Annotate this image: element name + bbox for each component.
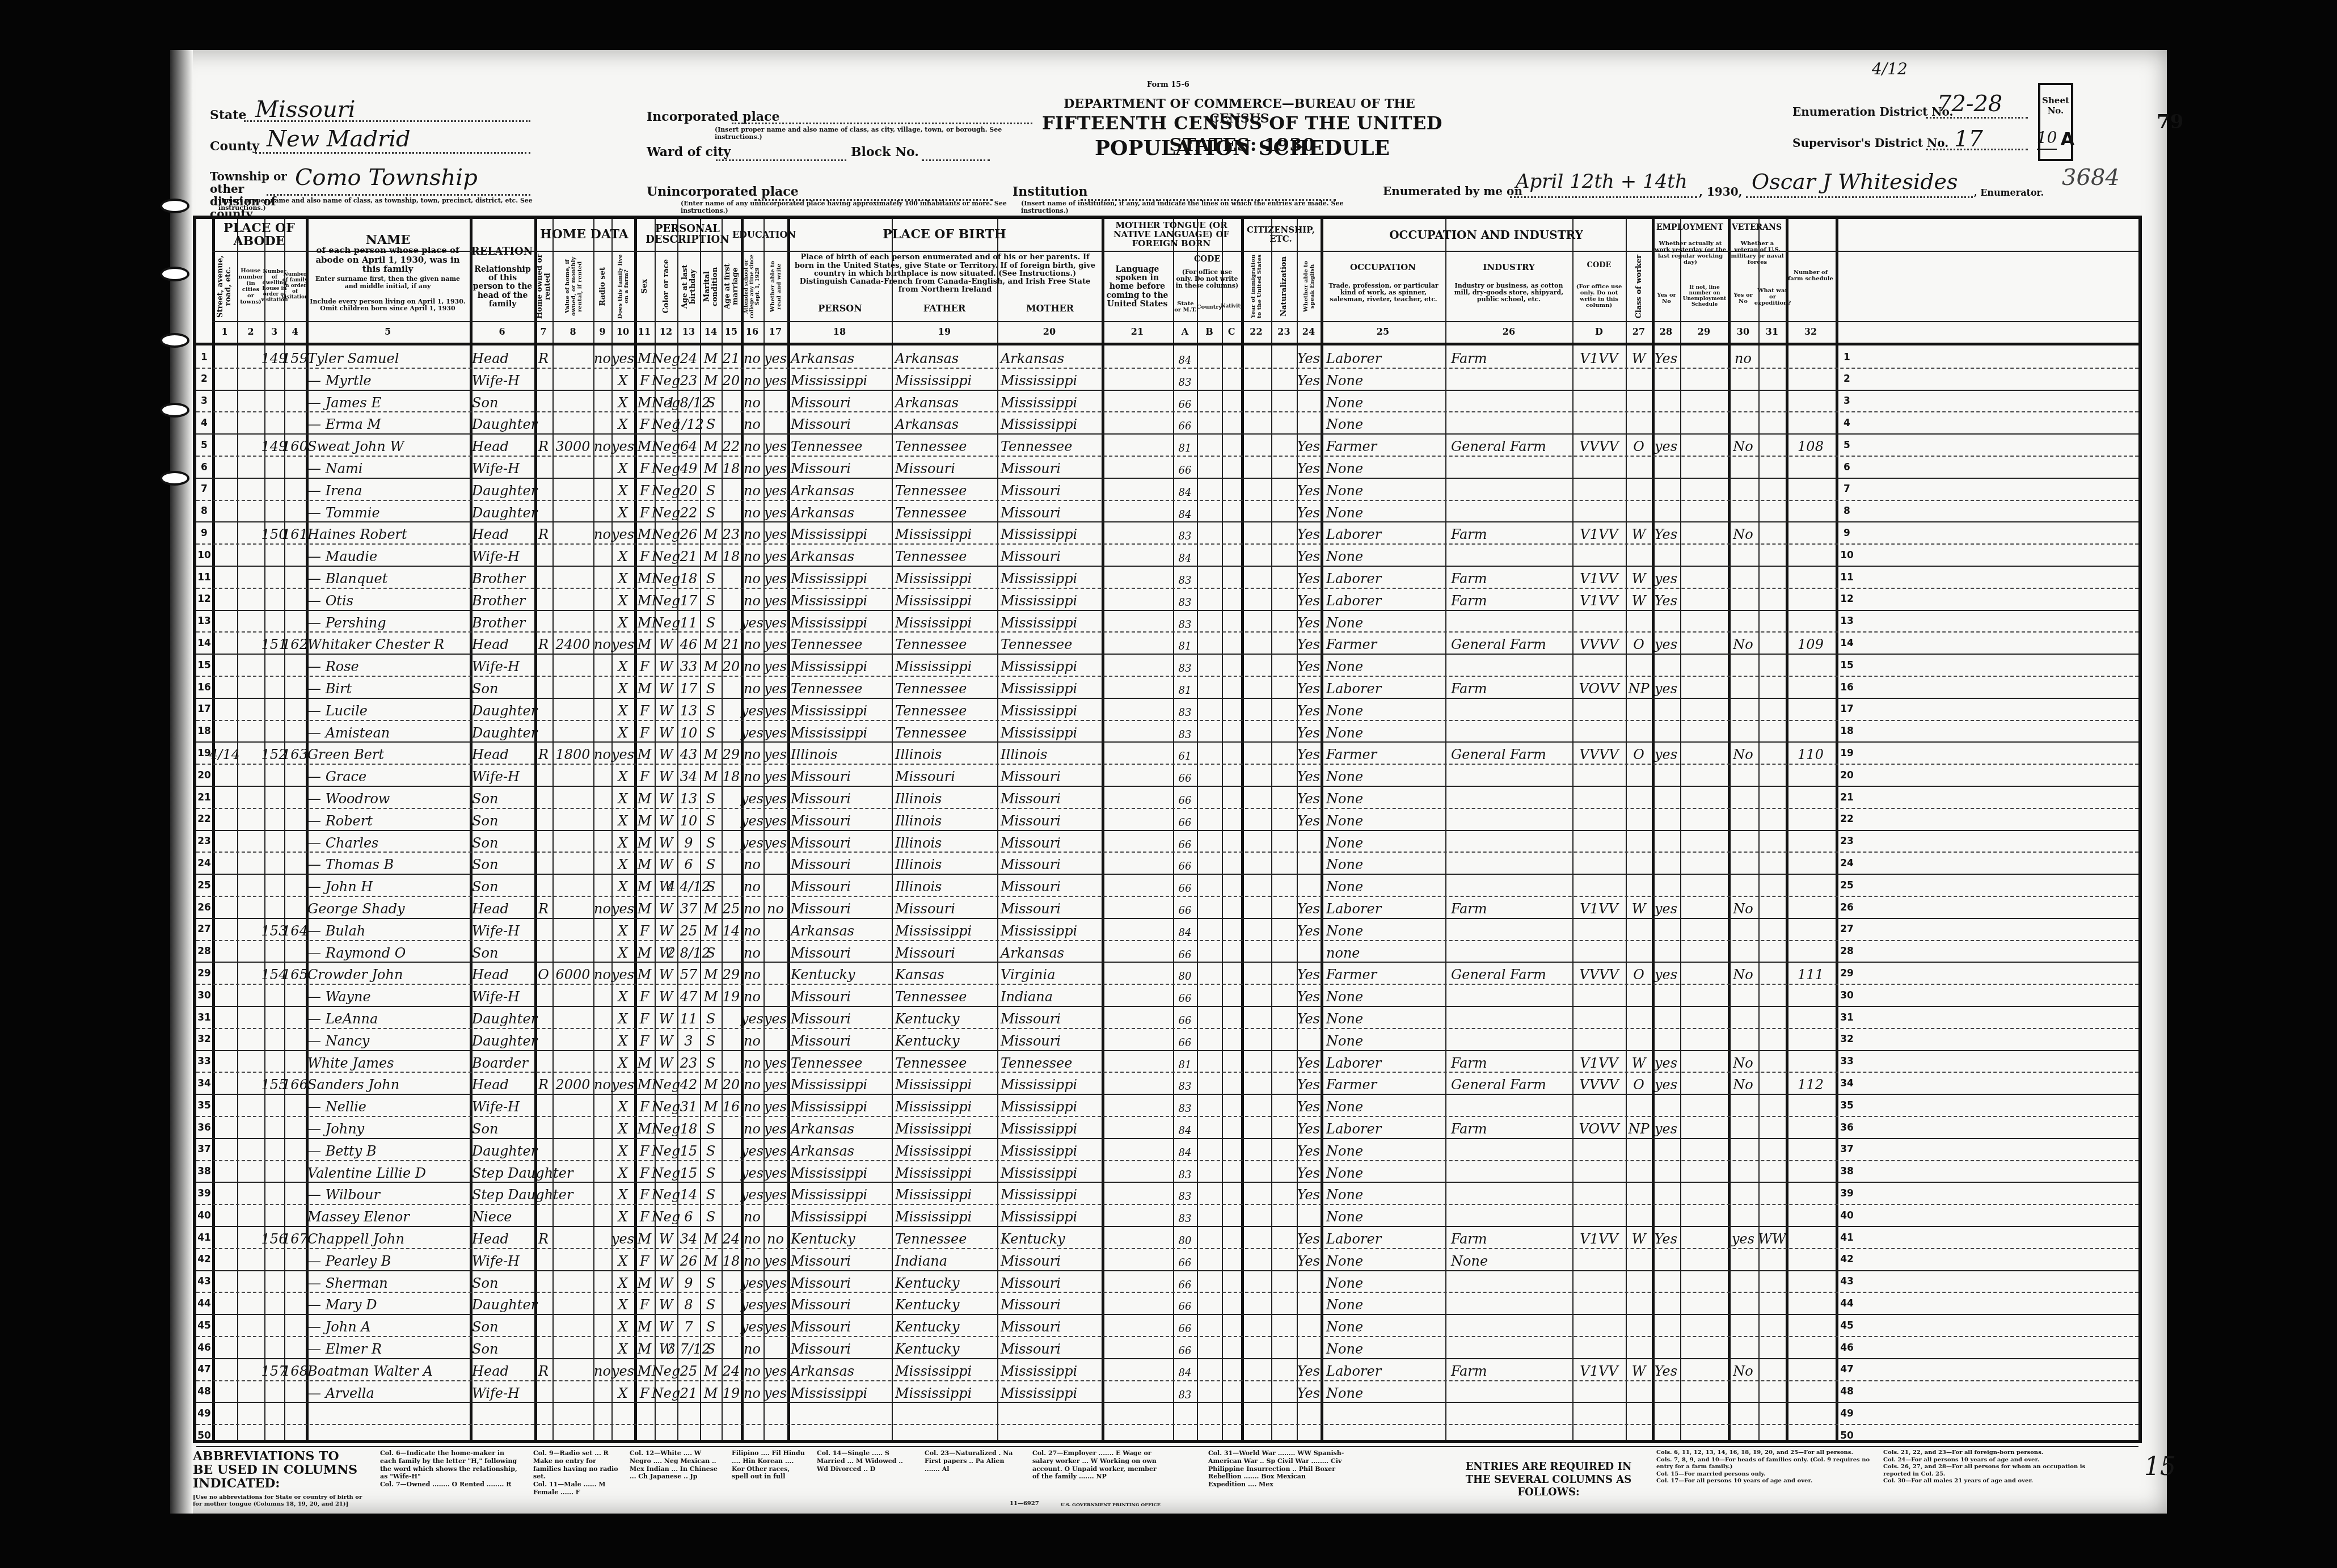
cell-owned: R — [534, 1072, 552, 1094]
cell-age: 49 — [677, 456, 700, 478]
cell-dwelling — [264, 1182, 284, 1204]
state-value: Missouri — [244, 96, 356, 123]
page-stamp: 79 — [2157, 111, 2183, 133]
cell-english: Yes — [1297, 588, 1321, 610]
cell-vet-war — [1758, 632, 1786, 654]
cell-race: W — [655, 896, 677, 918]
cell-street — [212, 1292, 237, 1314]
cell-pob: Arkansas — [791, 544, 892, 566]
cell-vet-war — [1758, 1402, 1786, 1424]
cell-family: 168 — [284, 1359, 306, 1381]
cell-industry — [1451, 390, 1572, 412]
cell-street — [212, 1182, 237, 1204]
cell-sex: M — [634, 962, 655, 984]
cell-relation: Daughter — [472, 1139, 534, 1161]
cell-marital: M — [700, 456, 722, 478]
cell-vet-war — [1758, 478, 1786, 500]
cell-veteran: No — [1728, 1072, 1758, 1094]
cell-industry — [1451, 368, 1572, 390]
cell-marital: M — [700, 346, 722, 368]
cell-name: — Birt — [307, 676, 470, 698]
cell-industry — [1451, 1381, 1572, 1403]
cell-farm-sched — [1786, 1006, 1836, 1029]
cell-radio — [593, 676, 611, 698]
cell-farm: X — [611, 1292, 634, 1314]
cell-relation: Son — [472, 831, 534, 853]
cell-age-marr — [722, 698, 741, 720]
cell-farm: X — [611, 500, 634, 522]
cell-read: yes — [763, 500, 787, 522]
cell-pob — [791, 1424, 892, 1447]
cell-value — [552, 500, 593, 522]
cell-code-a: 84 — [1173, 1359, 1197, 1381]
cell-code-a: 84 — [1173, 918, 1197, 941]
colnum: 30 — [1728, 321, 1758, 342]
cell-dwelling — [264, 390, 284, 412]
cell-fpob: Indiana — [895, 1249, 997, 1271]
cell-age: 15 — [677, 1139, 700, 1161]
cell-race: Neg — [655, 1072, 677, 1094]
cell-relation: Head — [472, 1072, 534, 1094]
cell-occ-code — [1572, 1029, 1626, 1051]
cell-line-right: 21 — [1836, 786, 1858, 808]
cell-family — [284, 1139, 306, 1161]
cell-dwelling — [264, 1249, 284, 1271]
cell-radio — [593, 1051, 611, 1073]
table-row: 40Massey ElenorNieceXFNeg6SnoMississippi… — [196, 1204, 2138, 1226]
cell-line: 9 — [196, 522, 212, 544]
cell-veteran — [1728, 390, 1758, 412]
cell-english: Yes — [1297, 984, 1321, 1006]
cell-vet-war — [1758, 434, 1786, 456]
cell-marital: M — [700, 1359, 722, 1381]
cell-class — [1626, 1337, 1652, 1359]
cell-farm: X — [611, 654, 634, 676]
cell-street — [212, 346, 237, 368]
cell-veteran — [1728, 500, 1758, 522]
cell-occupation: None — [1326, 1094, 1445, 1116]
cell-school: yes — [741, 786, 763, 808]
cell-line-right: 7 — [1836, 478, 1858, 500]
cell-value — [552, 1249, 593, 1271]
cell-veteran: No — [1728, 742, 1758, 764]
table-row: 39— WilbourStep DaughterXFNeg14SyesyesMi… — [196, 1182, 2138, 1204]
cell-veteran — [1728, 566, 1758, 588]
cell-mpob: Mississippi — [1001, 1182, 1102, 1204]
cell-name — [307, 1402, 470, 1424]
cell-dwelling — [264, 896, 284, 918]
cell-line: 11 — [196, 566, 212, 588]
cell-mpob: Mississippi — [1001, 1161, 1102, 1183]
cell-street — [212, 676, 237, 698]
group-mother-tongue: MOTHER TONGUE (OR NATIVE LANGUAGE) OF FO… — [1103, 219, 1240, 251]
cell-employed: yes — [1652, 632, 1680, 654]
emp-line-head: If not, line number on Unemployment Sche… — [1681, 276, 1728, 318]
cell-school: no — [741, 1249, 763, 1271]
cell-owned — [534, 588, 552, 610]
cell-race: W — [655, 654, 677, 676]
cell-age-marr — [722, 1271, 741, 1293]
cell-line-right: 14 — [1836, 632, 1858, 654]
cell-name: — Nami — [307, 456, 470, 478]
cell-age: 10 — [677, 808, 700, 831]
colnum: 6 — [470, 321, 534, 342]
cell-value — [552, 522, 593, 544]
cell-marital: S — [700, 1029, 722, 1051]
group-veterans: VETERANS — [1729, 219, 1785, 236]
cell-line: 8 — [196, 500, 212, 522]
cell-school: yes — [741, 720, 763, 743]
cell-school: no — [741, 566, 763, 588]
cell-race: Neg — [655, 1381, 677, 1403]
cell-english: Yes — [1297, 720, 1321, 743]
cell-age-marr — [722, 1314, 741, 1337]
cell-read — [763, 412, 787, 434]
cell-occ-code: V1VV — [1572, 588, 1626, 610]
cell-age: 37 — [677, 896, 700, 918]
cell-occupation: None — [1326, 1337, 1445, 1359]
sd-value: 17 — [1926, 126, 1983, 152]
cell-radio — [593, 1006, 611, 1029]
cell-marital: S — [700, 1116, 722, 1139]
cell-value: 2400 — [552, 632, 593, 654]
cell-employed: yes — [1652, 962, 1680, 984]
cell-occupation: None — [1326, 1271, 1445, 1293]
cell-vet-war — [1758, 764, 1786, 786]
cell-mpob: Missouri — [1001, 478, 1102, 500]
cell-vet-war — [1758, 1139, 1786, 1161]
cell-farm-sched — [1786, 1204, 1836, 1226]
cell-race — [655, 1402, 677, 1424]
cell-age-marr — [722, 1182, 741, 1204]
cell-marital: S — [700, 786, 722, 808]
cell-line: 21 — [196, 786, 212, 808]
cell-class: W — [1626, 588, 1652, 610]
cell-dwelling: 154 — [264, 962, 284, 984]
cell-age-marr: 21 — [722, 632, 741, 654]
cell-veteran — [1728, 852, 1758, 874]
cell-pob: Mississippi — [791, 566, 892, 588]
cell-fpob: Tennessee — [895, 434, 997, 456]
cell-owned — [534, 1006, 552, 1029]
cell-industry — [1451, 1337, 1572, 1359]
cell-farm: X — [611, 1006, 634, 1029]
cell-pob: Missouri — [791, 1006, 892, 1029]
cell-owned: R — [534, 434, 552, 456]
cell-marital: S — [700, 831, 722, 853]
cell-radio — [593, 1402, 611, 1424]
cell-family — [284, 1204, 306, 1226]
cell-sex: F — [634, 1249, 655, 1271]
cell-occupation — [1326, 1402, 1445, 1424]
cell-age-marr: 24 — [722, 1359, 741, 1381]
cell-radio — [593, 918, 611, 941]
cell-class — [1626, 1424, 1652, 1447]
cell-name: — Nellie — [307, 1094, 470, 1116]
cell-industry — [1451, 1314, 1572, 1337]
cell-occupation: Farmer — [1326, 962, 1445, 984]
cell-class — [1626, 1094, 1652, 1116]
cell-family — [284, 1249, 306, 1271]
cell-veteran — [1728, 1292, 1758, 1314]
cell-vet-war — [1758, 1182, 1786, 1204]
abbr-col14: Col. 14—Single ..... S Married ... M Wid… — [817, 1449, 908, 1473]
table-row: 22— RobertSonXMW10SyesyesMissouriIllinoi… — [196, 808, 2138, 831]
cell-relation: Son — [472, 941, 534, 963]
cell-race: W — [655, 742, 677, 764]
cell-radio — [593, 1182, 611, 1204]
cell-mpob: Indiana — [1001, 984, 1102, 1006]
cell-english — [1297, 941, 1321, 963]
cell-line-right: 30 — [1836, 984, 1858, 1006]
cell-sex — [634, 1424, 655, 1447]
cell-fpob: Tennessee — [895, 500, 997, 522]
cell-vet-war — [1758, 1337, 1786, 1359]
cell-pob: Tennessee — [791, 1051, 892, 1073]
state-field: Missouri — [244, 96, 530, 122]
cell-radio — [593, 984, 611, 1006]
cell-school: yes — [741, 698, 763, 720]
cell-owned — [534, 1139, 552, 1161]
abbr-col23: Col. 23—Naturalized . Na First papers ..… — [925, 1449, 1015, 1473]
cell-farm-sched — [1786, 1226, 1836, 1249]
cell-mpob: Mississippi — [1001, 1359, 1102, 1381]
cell-class — [1626, 610, 1652, 633]
cell-radio — [593, 456, 611, 478]
cell-vet-war — [1758, 566, 1786, 588]
cell-employed — [1652, 874, 1680, 896]
cell-name: White James — [307, 1051, 470, 1073]
cell-vet-war — [1758, 1006, 1786, 1029]
cell-pob: Mississippi — [791, 1204, 892, 1226]
cell-occ-code: V1VV — [1572, 566, 1626, 588]
cell-name: — Nancy — [307, 1029, 470, 1051]
cell-line: 6 — [196, 456, 212, 478]
cell-read: yes — [763, 676, 787, 698]
cell-vet-war — [1758, 1271, 1786, 1293]
cell-occupation: None — [1326, 1182, 1445, 1204]
printer: U.S. GOVERNMENT PRINTING OFFICE — [1061, 1502, 1161, 1507]
cell-english: Yes — [1297, 346, 1321, 368]
cell-school: no — [741, 1029, 763, 1051]
cell-value — [552, 544, 593, 566]
cell-age: 21 — [677, 1381, 700, 1403]
cell-line-right: 27 — [1836, 918, 1858, 941]
cell-class — [1626, 831, 1652, 853]
cell-code-a: 84 — [1173, 1116, 1197, 1139]
cell-school: no — [741, 918, 763, 941]
cell-farm: X — [611, 720, 634, 743]
occupation-desc: Trade, profession, or particular kind of… — [1325, 276, 1442, 310]
cell-veteran — [1728, 456, 1758, 478]
cell-read: yes — [763, 1249, 787, 1271]
cell-english: Yes — [1297, 742, 1321, 764]
cell-school: no — [741, 1072, 763, 1094]
enumerator-label: , Enumerator. — [1974, 187, 2044, 198]
cell-name: — Betty B — [307, 1139, 470, 1161]
table-row: 46— Elmer RSonXMW3 7/12SnoMissouriKentuc… — [196, 1337, 2138, 1359]
incorporated-field — [732, 108, 1032, 124]
cell-street — [212, 390, 237, 412]
cell-marital: M — [700, 918, 722, 941]
cell-fpob: Kentucky — [895, 1006, 997, 1029]
cell-mpob: Arkansas — [1001, 346, 1102, 368]
cell-veteran — [1728, 1249, 1758, 1271]
cell-relation: Wife-H — [472, 764, 534, 786]
cell-industry — [1451, 456, 1572, 478]
cell-school: yes — [741, 831, 763, 853]
cell-english: Yes — [1297, 500, 1321, 522]
cell-farm-sched — [1786, 1359, 1836, 1381]
cell-family — [284, 1271, 306, 1293]
cell-sex: M — [634, 941, 655, 963]
cell-fpob — [895, 1424, 997, 1447]
cell-farm-sched — [1786, 368, 1836, 390]
colnum: 5 — [306, 321, 470, 342]
cell-farm-sched — [1786, 610, 1836, 633]
cell-owned — [534, 874, 552, 896]
cell-class: O — [1626, 632, 1652, 654]
cell-relation: Head — [472, 896, 534, 918]
cell-name: Sweat John W — [307, 434, 470, 456]
cell-pob: Kentucky — [791, 962, 892, 984]
cell-owned — [534, 941, 552, 963]
cell-dwelling — [264, 764, 284, 786]
cell-street — [212, 1314, 237, 1337]
cell-farm-sched — [1786, 1161, 1836, 1183]
cell-line-right: 35 — [1836, 1094, 1858, 1116]
cell-radio — [593, 874, 611, 896]
cell-name: — Amistean — [307, 720, 470, 743]
cell-farm: X — [611, 918, 634, 941]
cell-code-a: 66 — [1173, 831, 1197, 853]
cell-industry — [1451, 1161, 1572, 1183]
cell-occupation: None — [1326, 786, 1445, 808]
cell-dwelling — [264, 852, 284, 874]
cell-fpob: Tennessee — [895, 720, 997, 743]
cell-employed: yes — [1652, 676, 1680, 698]
cell-occupation: None — [1326, 874, 1445, 896]
cell-dwelling — [264, 566, 284, 588]
cell-occ-code — [1572, 1161, 1626, 1183]
cell-radio — [593, 698, 611, 720]
cell-mpob: Missouri — [1001, 852, 1102, 874]
cell-fpob: Mississippi — [895, 1182, 997, 1204]
cell-mpob: Mississippi — [1001, 390, 1102, 412]
cell-employed — [1652, 1204, 1680, 1226]
cell-age: 13 — [677, 786, 700, 808]
cell-race: W — [655, 1226, 677, 1249]
cell-owned — [534, 500, 552, 522]
code-a-head: State or M.T. — [1174, 295, 1197, 319]
cell-farm: X — [611, 1029, 634, 1051]
cell-code-a: 83 — [1173, 654, 1197, 676]
cell-occupation: None — [1326, 544, 1445, 566]
cell-line-right: 11 — [1836, 566, 1858, 588]
cell-farm-sched — [1786, 346, 1836, 368]
cell-street — [212, 610, 237, 633]
cell-farm: X — [611, 1094, 634, 1116]
cell-fpob: Mississippi — [895, 918, 997, 941]
cell-occupation: None — [1326, 1161, 1445, 1183]
relation-desc: Relationship of this person to the head … — [472, 264, 533, 310]
cell-occupation: Laborer — [1326, 896, 1445, 918]
cell-marital: S — [700, 390, 722, 412]
cell-family: 167 — [284, 1226, 306, 1249]
cell-school: no — [741, 544, 763, 566]
cell-employed — [1652, 1029, 1680, 1051]
cell-age: 25 — [677, 1359, 700, 1381]
cell-english: Yes — [1297, 1161, 1321, 1183]
cell-farm: X — [611, 1204, 634, 1226]
cell-marital: S — [700, 1292, 722, 1314]
cell-industry — [1451, 852, 1572, 874]
cell-radio — [593, 808, 611, 831]
cell-age: 1/12 — [677, 412, 700, 434]
cell-mpob: Mississippi — [1001, 676, 1102, 698]
cell-dwelling: 153 — [264, 918, 284, 941]
cell-veteran — [1728, 1204, 1758, 1226]
cell-age: 46 — [677, 632, 700, 654]
cell-occ-code — [1572, 831, 1626, 853]
cell-relation: Wife-H — [472, 654, 534, 676]
cell-value — [552, 1182, 593, 1204]
cell-age: 18 — [677, 566, 700, 588]
block-label: Block No. — [851, 145, 919, 159]
cell-english: Yes — [1297, 478, 1321, 500]
cell-name: — Erma M — [307, 412, 470, 434]
cell-farm: X — [611, 1161, 634, 1183]
cell-line-right: 40 — [1836, 1204, 1858, 1226]
cell-name: — Irena — [307, 478, 470, 500]
cell-english: Yes — [1297, 698, 1321, 720]
table-row: 41156167Chappell JohnHeadRyesMW34M24nono… — [196, 1226, 2138, 1249]
cell-marital: S — [700, 1006, 722, 1029]
cell-read — [763, 1204, 787, 1226]
cell-line-right: 43 — [1836, 1271, 1858, 1293]
cell-value — [552, 1226, 593, 1249]
cell-dwelling: 149 — [264, 434, 284, 456]
cell-code-a: 81 — [1173, 1051, 1197, 1073]
cell-school: yes — [741, 1314, 763, 1337]
vh-home-owned: Home owned or rented — [536, 253, 552, 320]
cell-employed: yes — [1652, 1072, 1680, 1094]
cell-name: — Pearley B — [307, 1249, 470, 1271]
cell-code-a: 81 — [1173, 434, 1197, 456]
cell-english: Yes — [1297, 962, 1321, 984]
code-c-head: Nativity — [1223, 295, 1241, 319]
cell-veteran: No — [1728, 962, 1758, 984]
cell-occupation — [1326, 1424, 1445, 1447]
cell-employed — [1652, 1161, 1680, 1183]
cell-line-right: 47 — [1836, 1359, 1858, 1381]
cell-sex — [634, 1402, 655, 1424]
cell-owned — [534, 786, 552, 808]
cell-radio — [593, 368, 611, 390]
cell-pob: Missouri — [791, 984, 892, 1006]
cell-employed — [1652, 918, 1680, 941]
employment-desc: Whether actually at work yesterday (or t… — [1654, 236, 1727, 270]
cell-dwelling — [264, 1314, 284, 1337]
cell-marital: S — [700, 1139, 722, 1161]
cell-line-right: 17 — [1836, 698, 1858, 720]
cell-farm-sched — [1786, 1381, 1836, 1403]
cell-street — [212, 984, 237, 1006]
cell-sex: M — [634, 1271, 655, 1293]
cell-value — [552, 676, 593, 698]
cell-family — [284, 874, 306, 896]
cell-school: no — [741, 1337, 763, 1359]
